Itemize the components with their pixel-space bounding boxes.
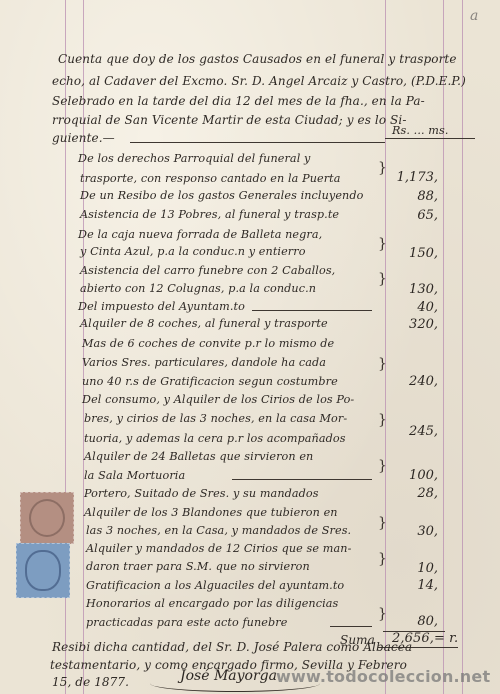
amount-rule-middle <box>443 0 444 694</box>
watermark: www.todocoleccion.net <box>276 667 490 686</box>
item-line: Varios Sres. particulares, dandole ha ca… <box>82 356 326 369</box>
brace-icon: } <box>378 356 387 372</box>
header-line: Selebrado en la tarde del dia 12 del mes… <box>52 94 425 108</box>
item-line: Alquiler de 8 coches, al funeral y trasp… <box>80 317 328 330</box>
item-amount: 28, <box>378 486 438 501</box>
header-rule <box>130 142 385 143</box>
item-amount: 65, <box>378 208 438 223</box>
blue-revenue-stamp <box>16 543 70 598</box>
item-line: daron traer para S.M. que no sirvieron <box>86 560 310 573</box>
amount-rule-right <box>462 0 463 694</box>
fill-rule <box>330 626 372 627</box>
item-line: Honorarios al encargado por las diligenc… <box>86 597 338 610</box>
header-line: Cuenta que doy de los gastos Causados en… <box>58 52 457 66</box>
item-line: abierto con 12 Colugnas, p.a la conduc.n <box>80 282 316 295</box>
currency-header-rule <box>385 138 475 139</box>
item-line: Alquiler de los 3 Blandones que tubieron… <box>84 506 338 519</box>
item-line: las 3 noches, en la Casa, y mandados de … <box>86 524 351 537</box>
item-line: la Sala Mortuoria <box>84 469 185 482</box>
item-line: Alquiler y mandados de 12 Cirios que se … <box>86 542 351 555</box>
item-amount: 240, <box>378 374 438 389</box>
item-line: Alquiler de 24 Balletas que sirvieron en <box>84 450 313 463</box>
item-line: Del consumo, y Alquiler de los Cirios de… <box>82 393 354 406</box>
closing-line: 15, de 1877. <box>52 675 129 689</box>
item-amount: 88, <box>378 189 438 204</box>
item-line: Gratificacion a los Alguaciles del ayunt… <box>86 579 344 592</box>
item-line: uno 40 r.s de Gratificacion segun costum… <box>82 375 338 388</box>
fill-rule <box>252 310 372 311</box>
item-amount: 130, <box>378 282 438 297</box>
header-line: echo, al Cadaver del Excmo. Sr. D. Angel… <box>52 74 466 88</box>
item-line: trasporte, con responso cantado en la Pu… <box>80 172 341 185</box>
item-amount: 150, <box>378 246 438 261</box>
item-amount: 100, <box>378 468 438 483</box>
item-line: Mas de 6 coches de convite p.r lo mismo … <box>82 337 334 350</box>
closing-line: Resibi dicha cantidad, del Sr. D. José P… <box>52 640 412 654</box>
item-amount: 30, <box>378 524 438 539</box>
header-line: guiente.— <box>52 131 115 145</box>
brown-revenue-stamp <box>20 492 74 544</box>
coat-of-arms-icon <box>29 499 65 537</box>
item-line: practicadas para este acto funebre <box>86 616 287 629</box>
item-line: De un Resibo de los gastos Generales inc… <box>80 189 363 202</box>
item-amount: 40, <box>378 300 438 315</box>
item-line: Asistencia de 13 Pobres, al funeral y tr… <box>80 208 339 221</box>
item-amount: 10, <box>378 561 438 576</box>
item-line: Portero, Suitado de Sres. y su mandados <box>84 487 319 500</box>
item-line: y Cinta Azul, p.a la conduc.n y entierro <box>80 245 306 258</box>
item-line: De la caja nueva forrada de Balleta negr… <box>78 228 322 241</box>
item-line: bres, y cirios de las 3 noches, en la ca… <box>84 412 347 425</box>
item-line: tuoria, y ademas la cera p.r los acompañ… <box>84 432 346 445</box>
item-amount: 320, <box>378 317 438 332</box>
portrait-medallion-icon <box>25 550 61 591</box>
item-amount: 14, <box>378 578 438 593</box>
item-amount: 1,173, <box>378 170 438 185</box>
item-amount: 245, <box>378 424 438 439</box>
header-line: rroquial de San Vicente Martir de esta C… <box>52 113 406 127</box>
corner-mark: a <box>470 8 478 24</box>
item-line: Del impuesto del Ayuntam.to <box>78 300 245 313</box>
item-line: Asistencia del carro funebre con 2 Cabal… <box>80 264 335 277</box>
item-amount: 80, <box>378 614 438 629</box>
currency-header: Rs. ... ms. <box>392 124 449 137</box>
item-line: De los derechos Parroquial del funeral y <box>78 152 310 165</box>
fill-rule <box>232 479 372 480</box>
